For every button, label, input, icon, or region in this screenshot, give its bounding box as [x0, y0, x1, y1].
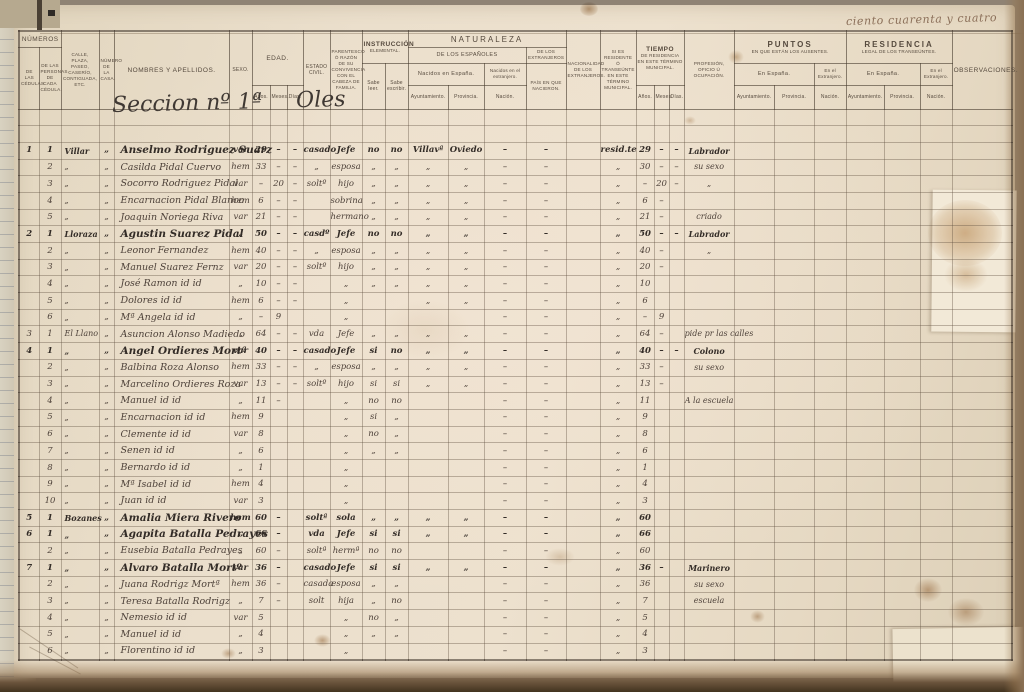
tiempo-title: TIEMPO	[638, 46, 683, 53]
col-header-profesion: PROFESIÓN, OFICIO Ú OCUPACIÓN.	[684, 31, 734, 109]
col-header-residencia-en-extranjero: En el Extranjero.	[920, 63, 952, 85]
col-header-nacidos-extranjero: Nacidos en el extranjero.	[484, 63, 526, 85]
ink-square-mark	[48, 10, 55, 16]
section-title: Seccion nº 1ª	[112, 89, 263, 118]
table-row: 9„„Mª Isabel id idhem4„––„4	[19, 476, 1012, 493]
table-row: 2„„Balbina Roza Alonsohem33––„esposa„„„„…	[19, 359, 1012, 376]
table-row: 41„„Angel Ordieres Mortªvar40––casadoJef…	[19, 343, 1012, 360]
col-header-provincia: Provincia.	[448, 85, 484, 109]
col-header-nacionalidad: NACIONALIDAD DE LOS EXTRANJEROS.	[566, 31, 600, 109]
table-row: 5„„Joaquin Noriega Rivavar21––hermano„„„…	[19, 209, 1012, 226]
table-row: 4„„Nemesio id idvar5„no„––„5	[19, 610, 1012, 627]
col-header-observaciones: OBSERVACIONES.	[952, 31, 1012, 109]
col-header-residencia-nacion: Nación.	[920, 85, 952, 109]
col-header-instruccion: INSTRUCCIÓN ELEMENTAL.	[362, 31, 408, 63]
table-row: 51Bozanes„Amalia Miera Riverohem60–soltª…	[19, 510, 1012, 527]
table-row: 11Villar„Anselmo Rodriguez Suarzvar29––c…	[19, 142, 1012, 159]
col-header-num-cedulas: DE LAS CÉDULAS.	[19, 47, 39, 109]
table-row: 4„„José Ramon id id„10––„„„„„––„10	[19, 276, 1012, 293]
col-header-residencia-provincia: Provincia.	[884, 85, 920, 109]
col-header-nacion: Nación.	[484, 85, 526, 109]
scanned-census-page: ciento cuarenta y cuatro NÚMEROS CALLE, …	[0, 0, 1024, 692]
table-row: 2„„Juana Rodrigz Mortªhem36–casadaesposa…	[19, 576, 1012, 593]
col-header-naturaleza: NATURALEZA	[408, 31, 566, 47]
col-header-tiempo-meses: Meses.	[654, 85, 669, 109]
col-header-tiempo-anos: Años.	[636, 85, 654, 109]
binding-crease	[37, 0, 42, 30]
tiempo-subtitle: DE RESIDENCIA EN ESTE TÉRMINO MUNICIPAL.	[638, 53, 683, 71]
table-row: 5„„Encarnacion id idhem9„si„––„9	[19, 409, 1012, 426]
census-table: NÚMEROS CALLE, PLAZA, PASEO, CASERÍO, CO…	[18, 30, 1013, 661]
adjacent-page-edges	[0, 0, 14, 692]
instruccion-title: INSTRUCCIÓN	[364, 41, 407, 48]
puntos-subtitle: EN QUE ESTÁN LOS AUSENTES.	[736, 49, 845, 55]
col-header-nacidos-espana: Nacidos en España.	[408, 63, 484, 85]
col-header-de-espanoles: DE LOS ESPAÑOLES	[408, 47, 526, 63]
table-row: 8„„Bernardo id id„1„––„1	[19, 459, 1012, 476]
table-row: 2„„Casilda Pidal Cuervohem33––„esposa„„„…	[19, 159, 1012, 176]
table-row: 3„„Socorro Rodriguez Pidalvar–20–soltºhi…	[19, 176, 1012, 193]
col-header-tiempo-dias: Días.	[669, 85, 684, 109]
table-row: 5„„Dolores id idhem6––„„„––„6	[19, 293, 1012, 310]
col-header-puntos: PUNTOS EN QUE ESTÁN LOS AUSENTES.	[734, 31, 846, 63]
table-row: 4„„Manuel id id„11–„nono––„11A la escuel…	[19, 393, 1012, 410]
table-row: 71„„Alvaro Batalla Mortºvar36–casadoJefe…	[19, 560, 1012, 577]
col-header-sabe-escribir: Sabe escribir.	[385, 63, 408, 109]
table-row	[19, 126, 1012, 143]
col-header-residencia: RESIDENCIA LEGAL DE LOS TRANSEÚNTES.	[846, 31, 952, 63]
section-place: Oles	[296, 87, 346, 113]
residencia-title: RESIDENCIA	[848, 40, 951, 49]
table-row: 5„„Manuel id id„4„„„––„4	[19, 626, 1012, 643]
col-header-ayuntamiento: Ayuntamiento.	[408, 85, 448, 109]
table-row: 3„„Manuel Suarez Fernzvar20––soltºhijo„„…	[19, 259, 1012, 276]
table-row: 61„„Agapita Batalla Pedrayes„66–vdaJefes…	[19, 526, 1012, 543]
col-header-residencia-en-espana: En España.	[846, 63, 920, 85]
table-row: 6„„Florentino id id„3„––„3	[19, 643, 1012, 660]
table-row: 7„„Senen id id„6„„„––„6	[19, 443, 1012, 460]
col-header-puntos-en-extranjero: En el Extranjero.	[814, 63, 846, 85]
census-table-body: 11Villar„Anselmo Rodriguez Suarzvar29––c…	[19, 109, 1012, 660]
col-header-residente: SI ES RESIDENTE Ó TRANSEÚNTE EN ESTE TÉR…	[600, 31, 636, 109]
col-header-puntos-nacion: Nación.	[814, 85, 846, 109]
col-header-puntos-provincia: Provincia.	[774, 85, 814, 109]
table-row: 6„„Mª Angela id id„–9„––„–9	[19, 309, 1012, 326]
table-row: 6„„Clemente id idvar8„no„––„8	[19, 426, 1012, 443]
col-header-puntos-en-espana: En España.	[734, 63, 814, 85]
col-header-residencia-ayuntamiento: Ayuntamiento.	[846, 85, 884, 109]
col-header-de-extranjeros: DE LOS EXTRANJEROS	[526, 47, 566, 63]
table-row: 3„„Marcelino Ordieres Rozavar13––soltºhi…	[19, 376, 1012, 393]
residencia-subtitle: LEGAL DE LOS TRANSEÚNTES.	[848, 49, 951, 55]
col-header-pais-nacieron: PAÍS EN QUE NACIERON.	[526, 63, 566, 109]
table-row: 21Lloraza„Agustin Suarez Pidal„50––casdº…	[19, 226, 1012, 243]
table-row: 3„„Teresa Batalla Rodrigz„7–solthija„no–…	[19, 593, 1012, 610]
col-header-sabe-leer: Sabe leer.	[362, 63, 385, 109]
table-row: 2„„Leonor Fernandezhem40––„esposa„„„„––„…	[19, 243, 1012, 260]
col-header-edad: EDAD.	[252, 31, 303, 85]
col-header-num-personas: DE LAS PERSONAS DE CADA CÉDULA.	[39, 47, 61, 109]
table-row: 31El Llano„Asuncion Alonso Madiedo„64––v…	[19, 326, 1012, 343]
col-header-numeros: NÚMEROS	[19, 31, 61, 47]
puntos-title: PUNTOS	[736, 40, 845, 49]
instruccion-subtitle: ELEMENTAL.	[364, 48, 407, 54]
col-header-tiempo: TIEMPO DE RESIDENCIA EN ESTE TÉRMINO MUN…	[636, 31, 684, 85]
table-row: 2„„Eusebia Batalla Pedrayes„60–soltªherm…	[19, 543, 1012, 560]
col-header-puntos-ayuntamiento: Ayuntamiento.	[734, 85, 774, 109]
table-row: 4„„Encarnacion Pidal Blancohem6––sobrina…	[19, 192, 1012, 209]
table-row: 10„„Juan id idvar3„––„3	[19, 493, 1012, 510]
page-bottom-edge	[0, 660, 1024, 692]
